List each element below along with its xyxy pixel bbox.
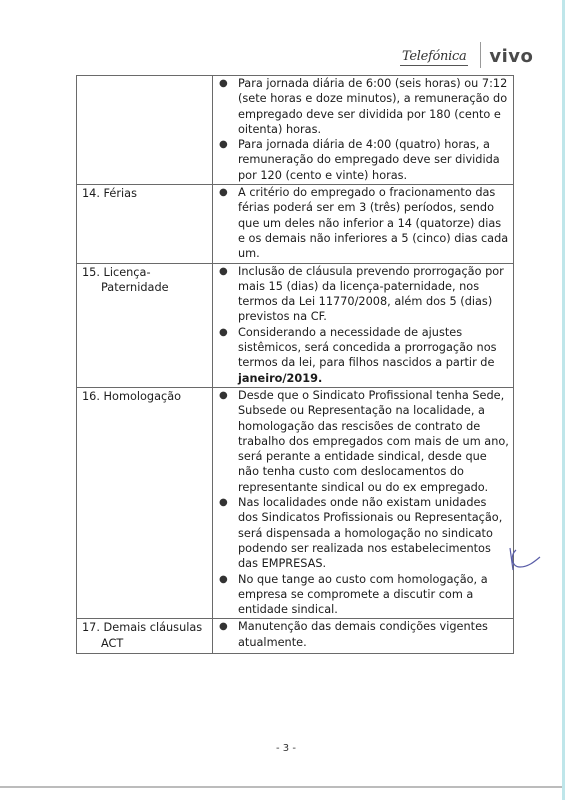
clauses-table: ●Para jornada diária de 6:00 (seis horas… bbox=[76, 75, 514, 654]
telefonica-logo: Telefónica bbox=[400, 49, 468, 66]
clause-label: 14. Férias bbox=[82, 186, 208, 201]
clause-label: 15. Licença-Paternidade bbox=[82, 265, 208, 296]
clause-label: 17. Demais cláusulas ACT bbox=[82, 620, 208, 651]
clause-label-cell: 16. Homologação bbox=[77, 387, 213, 618]
bullet-icon: ● bbox=[219, 388, 228, 403]
vivo-logo: vivo bbox=[489, 46, 533, 67]
table-row: 14. Férias●A critério do empregado o fra… bbox=[77, 185, 514, 263]
clause-text: Inclusão de cláusula prevendo prorrogaçã… bbox=[238, 265, 504, 324]
clause-label-cell: 14. Férias bbox=[77, 185, 213, 263]
clause-label: 16. Homologação bbox=[82, 389, 208, 404]
table-row: ●Para jornada diária de 6:00 (seis horas… bbox=[77, 76, 514, 185]
bullet-icon: ● bbox=[219, 325, 228, 340]
list-item: ●Para jornada diária de 6:00 (seis horas… bbox=[213, 76, 509, 137]
clause-bullet-list: ●Para jornada diária de 6:00 (seis horas… bbox=[213, 76, 509, 183]
bullet-icon: ● bbox=[219, 264, 228, 279]
list-item: ●A critério do empregado o fracionamento… bbox=[213, 185, 509, 261]
bullet-icon: ● bbox=[219, 495, 228, 510]
clause-bullet-list: ●Inclusão de cláusula prevendo prorrogaç… bbox=[213, 264, 509, 386]
list-item: ●No que tange ao custo com homologação, … bbox=[213, 572, 509, 618]
page-number: - 3 - bbox=[276, 743, 296, 754]
clause-text: Nas localidades onde não existam unidade… bbox=[238, 496, 502, 570]
clause-content-cell: ●Desde que o Sindicato Profissional tenh… bbox=[213, 387, 514, 618]
clause-text: Manutenção das demais condições vigentes… bbox=[238, 620, 488, 648]
list-item: ●Para jornada diária de 4:00 (quatro) ho… bbox=[213, 137, 509, 183]
clause-bullet-list: ●A critério do empregado o fracionamento… bbox=[213, 185, 509, 261]
bullet-icon: ● bbox=[219, 137, 228, 152]
emphasized-text: janeiro/2019. bbox=[238, 372, 322, 385]
signature-initials-icon bbox=[506, 545, 542, 575]
clause-text: Considerando a necessidade de ajustes si… bbox=[238, 326, 497, 370]
clause-bullet-list: ●Desde que o Sindicato Profissional tenh… bbox=[213, 388, 509, 617]
page-bottom-rule bbox=[0, 786, 562, 788]
bullet-icon: ● bbox=[219, 619, 228, 634]
clause-label-cell: 17. Demais cláusulas ACT bbox=[77, 619, 213, 654]
list-item: ●Desde que o Sindicato Profissional tenh… bbox=[213, 388, 509, 495]
clause-content-cell: ●A critério do empregado o fracionamento… bbox=[213, 185, 514, 263]
logo-divider bbox=[480, 42, 481, 68]
table-row: 17. Demais cláusulas ACT●Manutenção das … bbox=[77, 619, 514, 654]
clause-content-cell: ●Inclusão de cláusula prevendo prorrogaç… bbox=[213, 263, 514, 387]
header-logo: Telefónica vivo bbox=[400, 40, 533, 70]
clause-text: Para jornada diária de 4:00 (quatro) hor… bbox=[238, 138, 500, 182]
table-row: 15. Licença-Paternidade●Inclusão de cláu… bbox=[77, 263, 514, 387]
clause-label-cell bbox=[77, 76, 213, 185]
clause-content-cell: ●Manutenção das demais condições vigente… bbox=[213, 619, 514, 654]
table-row: 16. Homologação●Desde que o Sindicato Pr… bbox=[77, 387, 514, 618]
clause-bullet-list: ●Manutenção das demais condições vigente… bbox=[213, 619, 509, 650]
bullet-icon: ● bbox=[219, 76, 228, 91]
clause-label-cell: 15. Licença-Paternidade bbox=[77, 263, 213, 387]
clause-content-cell: ●Para jornada diária de 6:00 (seis horas… bbox=[213, 76, 514, 185]
list-item: ●Inclusão de cláusula prevendo prorrogaç… bbox=[213, 264, 509, 325]
bullet-icon: ● bbox=[219, 572, 228, 587]
list-item: ●Considerando a necessidade de ajustes s… bbox=[213, 325, 509, 386]
bullet-icon: ● bbox=[219, 185, 228, 200]
list-item: ●Nas localidades onde não existam unidad… bbox=[213, 495, 509, 571]
clause-text: A critério do empregado o fracionamento … bbox=[238, 186, 508, 260]
list-item: ●Manutenção das demais condições vigente… bbox=[213, 619, 509, 650]
clause-text: Para jornada diária de 6:00 (seis horas)… bbox=[238, 77, 507, 136]
clause-text: No que tange ao custo com homologação, a… bbox=[238, 573, 488, 617]
clause-text: Desde que o Sindicato Profissional tenha… bbox=[238, 389, 509, 494]
